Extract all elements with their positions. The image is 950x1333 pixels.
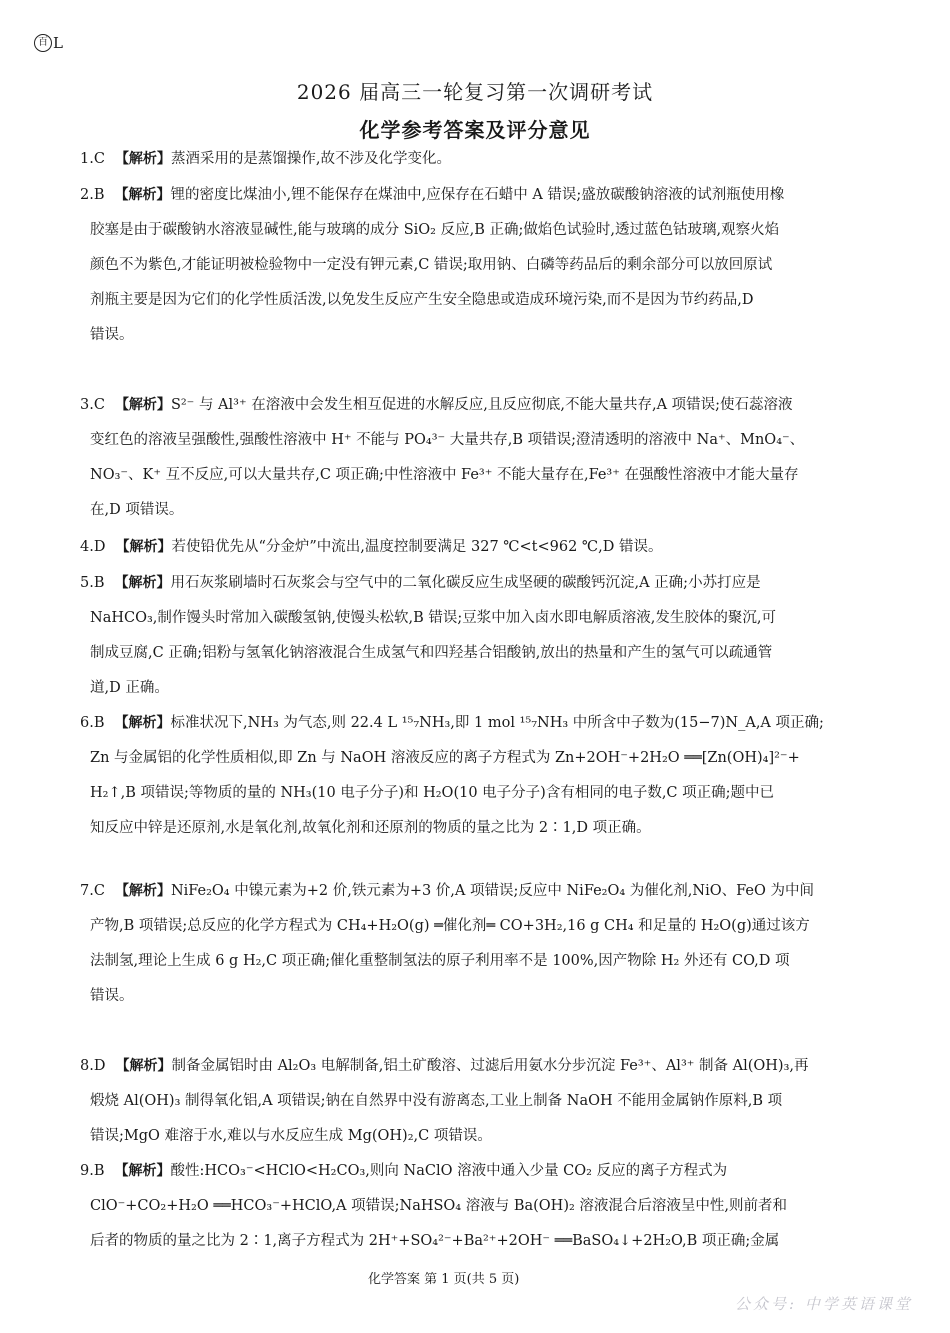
- question-number: 7.C: [80, 883, 105, 899]
- answer-text: NiFe₂O₄ 中镍元素为+2 价,铁元素为+3 价,A 项错误;反应中 NiF…: [171, 883, 814, 899]
- question-number: 9.B: [80, 1163, 105, 1179]
- analysis-tag: 【解析】: [115, 539, 171, 555]
- answer-text: 错误。: [90, 327, 134, 343]
- answer-line: 道,D 正确。: [80, 671, 875, 706]
- answer-text: 剂瓶主要是因为它们的化学性质活泼,以免发生反应产生安全隐患或造成环境污染,而不是…: [90, 292, 753, 308]
- answer-line: 7.C【解析】NiFe₂O₄ 中镍元素为+2 价,铁元素为+3 价,A 项错误;…: [80, 874, 875, 909]
- question-number: 1.C: [80, 151, 105, 167]
- answer-line: 2.B【解析】锂的密度比煤油小,锂不能保存在煤油中,应保存在石蜡中 A 错误;盛…: [80, 178, 875, 213]
- answer-text: 酸性:HCO₃⁻<HClO<H₂CO₃,则向 NaClO 溶液中通入少量 CO₂…: [171, 1163, 728, 1179]
- answer-text: 煅烧 Al(OH)₃ 制得氧化铝,A 项错误;钠在自然界中没有游离态,工业上制备…: [90, 1093, 782, 1109]
- answer-line: 制成豆腐,C 正确;铝粉与氢氧化钠溶液混合生成氢气和四羟基合铝酸钠,放出的热量和…: [80, 636, 875, 671]
- answer-line: 错误;MgO 难溶于水,难以与水反应生成 Mg(OH)₂,C 项错误。: [80, 1119, 875, 1154]
- answer-line: NO₃⁻、K⁺ 互不反应,可以大量共存,C 项正确;中性溶液中 Fe³⁺ 不能大…: [80, 458, 875, 493]
- answer-text: NaHCO₃,制作馒头时常加入碳酸氢钠,使馒头松软,B 错误;豆浆中加入卤水即电…: [90, 610, 776, 626]
- question-number: 6.B: [80, 715, 105, 731]
- answer-item: 2.B【解析】锂的密度比煤油小,锂不能保存在煤油中,应保存在石蜡中 A 错误;盛…: [80, 178, 875, 353]
- analysis-tag: 【解析】: [115, 1163, 171, 1179]
- answer-line: 剂瓶主要是因为它们的化学性质活泼,以免发生反应产生安全隐患或造成环境污染,而不是…: [80, 283, 875, 318]
- answer-text: NO₃⁻、K⁺ 互不反应,可以大量共存,C 项正确;中性溶液中 Fe³⁺ 不能大…: [90, 467, 799, 483]
- answer-text: 知反应中锌是还原剂,水是氧化剂,故氧化剂和还原剂的物质的量之比为 2∶1,D 项…: [90, 820, 651, 836]
- answer-line: 在,D 项错误。: [80, 493, 875, 528]
- answer-line: 法制氢,理论上生成 6 g H₂,C 项正确;催化重整制氢法的原子利用率不是 1…: [80, 944, 875, 979]
- analysis-tag: 【解析】: [115, 715, 171, 731]
- question-number: 8.D: [80, 1058, 105, 1074]
- answer-text: 颜色不为紫色,才能证明被检验物中一定没有钾元素,C 错误;取用钠、白磷等药品后的…: [90, 257, 772, 273]
- answer-line: 1.C【解析】蒸酒采用的是蒸馏操作,故不涉及化学变化。: [80, 142, 875, 177]
- answer-line: 错误。: [80, 318, 875, 353]
- answer-text: ClO⁻+CO₂+H₂O ══HCO₃⁻+HClO,A 项错误;NaHSO₄ 溶…: [90, 1198, 787, 1214]
- answer-line: 后者的物质的量之比为 2∶1,离子方程式为 2H⁺+SO₄²⁻+Ba²⁺+2OH…: [80, 1224, 875, 1259]
- answer-line: H₂↑,B 项错误;等物质的量的 NH₃(10 电子分子)和 H₂O(10 电子…: [80, 776, 875, 811]
- answer-text: 在,D 项错误。: [90, 502, 183, 518]
- analysis-tag: 【解析】: [115, 575, 171, 591]
- answer-line: 产物,B 项错误;总反应的化学方程式为 CH₄+H₂O(g) ═催化剂═ CO+…: [80, 909, 875, 944]
- corner-letter: L: [53, 34, 63, 52]
- question-number: 5.B: [80, 575, 105, 591]
- answer-line: 变红色的溶液呈强酸性,强酸性溶液中 H⁺ 不能与 PO₄³⁻ 大量共存,B 项错…: [80, 423, 875, 458]
- answer-text: 用石灰浆刷墙时石灰浆会与空气中的二氧化碳反应生成坚硬的碳酸钙沉淀,A 正确;小苏…: [171, 575, 761, 591]
- answer-text: 法制氢,理论上生成 6 g H₂,C 项正确;催化重整制氢法的原子利用率不是 1…: [90, 953, 790, 969]
- page-footer: 化学答案 第 1 页(共 5 页): [368, 1268, 519, 1287]
- answer-text: 若使铅优先从“分金炉”中流出,温度控制要满足 327 ℃<t<962 ℃,D 错…: [171, 539, 662, 555]
- answer-line: ClO⁻+CO₂+H₂O ══HCO₃⁻+HClO,A 项错误;NaHSO₄ 溶…: [80, 1189, 875, 1224]
- answer-text: 制成豆腐,C 正确;铝粉与氢氧化钠溶液混合生成氢气和四羟基合铝酸钠,放出的热量和…: [90, 645, 772, 661]
- answer-line: 6.B【解析】标准状况下,NH₃ 为气态,则 22.4 L ¹⁵₇NH₃,即 1…: [80, 706, 875, 741]
- analysis-tag: 【解析】: [115, 187, 171, 203]
- answer-line: 错误。: [80, 979, 875, 1014]
- analysis-tag: 【解析】: [115, 1058, 171, 1074]
- answer-line: 胶塞是由于碳酸钠水溶液显碱性,能与玻璃的成分 SiO₂ 反应,B 正确;做焰色试…: [80, 213, 875, 248]
- answer-item: 7.C【解析】NiFe₂O₄ 中镍元素为+2 价,铁元素为+3 价,A 项错误;…: [80, 874, 875, 1014]
- exam-title: 2026 届高三一轮复习第一次调研考试: [0, 76, 950, 105]
- question-number: 3.C: [80, 397, 105, 413]
- answer-text: 胶塞是由于碳酸钠水溶液显碱性,能与玻璃的成分 SiO₂ 反应,B 正确;做焰色试…: [90, 222, 779, 238]
- answer-item: 1.C【解析】蒸酒采用的是蒸馏操作,故不涉及化学变化。: [80, 142, 875, 177]
- answer-text: S²⁻ 与 Al³⁺ 在溶液中会发生相互促进的水解反应,且反应彻底,不能大量共存…: [171, 397, 793, 413]
- answer-text: 产物,B 项错误;总反应的化学方程式为 CH₄+H₂O(g) ═催化剂═ CO+…: [90, 918, 810, 934]
- answer-text: 错误;MgO 难溶于水,难以与水反应生成 Mg(OH)₂,C 项错误。: [90, 1128, 492, 1144]
- answer-line: Zn 与金属铝的化学性质相似,即 Zn 与 NaOH 溶液反应的离子方程式为 Z…: [80, 741, 875, 776]
- answer-line: 5.B【解析】用石灰浆刷墙时石灰浆会与空气中的二氧化碳反应生成坚硬的碳酸钙沉淀,…: [80, 566, 875, 601]
- answer-text: 锂的密度比煤油小,锂不能保存在煤油中,应保存在石蜡中 A 错误;盛放碳酸钠溶液的…: [171, 187, 785, 203]
- answer-item: 4.D【解析】若使铅优先从“分金炉”中流出,温度控制要满足 327 ℃<t<96…: [80, 530, 875, 565]
- answer-item: 5.B【解析】用石灰浆刷墙时石灰浆会与空气中的二氧化碳反应生成坚硬的碳酸钙沉淀,…: [80, 566, 875, 706]
- answer-text: 错误。: [90, 988, 134, 1004]
- document-title: 化学参考答案及评分意见: [0, 114, 950, 143]
- answer-text: 制备金属铝时由 Al₂O₃ 电解制备,铝土矿酸溶、过滤后用氨水分步沉淀 Fe³⁺…: [171, 1058, 808, 1074]
- answer-text: H₂↑,B 项错误;等物质的量的 NH₃(10 电子分子)和 H₂O(10 电子…: [90, 785, 774, 801]
- corner-mark: 百 L: [34, 34, 63, 52]
- answer-text: 道,D 正确。: [90, 680, 169, 696]
- answer-line: 4.D【解析】若使铅优先从“分金炉”中流出,温度控制要满足 327 ℃<t<96…: [80, 530, 875, 565]
- analysis-tag: 【解析】: [115, 151, 171, 167]
- question-number: 2.B: [80, 187, 105, 203]
- answer-text: Zn 与金属铝的化学性质相似,即 Zn 与 NaOH 溶液反应的离子方程式为 Z…: [90, 750, 800, 766]
- answer-text: 蒸酒采用的是蒸馏操作,故不涉及化学变化。: [171, 151, 451, 167]
- answer-text: 变红色的溶液呈强酸性,强酸性溶液中 H⁺ 不能与 PO₄³⁻ 大量共存,B 项错…: [90, 432, 804, 448]
- answer-text: 后者的物质的量之比为 2∶1,离子方程式为 2H⁺+SO₄²⁻+Ba²⁺+2OH…: [90, 1233, 779, 1249]
- circled-char: 百: [34, 34, 52, 52]
- answer-text: 标准状况下,NH₃ 为气态,则 22.4 L ¹⁵₇NH₃,即 1 mol ¹⁵…: [171, 715, 824, 731]
- answer-item: 3.C【解析】S²⁻ 与 Al³⁺ 在溶液中会发生相互促进的水解反应,且反应彻底…: [80, 388, 875, 528]
- answer-line: 颜色不为紫色,才能证明被检验物中一定没有钾元素,C 错误;取用钠、白磷等药品后的…: [80, 248, 875, 283]
- answer-line: 知反应中锌是还原剂,水是氧化剂,故氧化剂和还原剂的物质的量之比为 2∶1,D 项…: [80, 811, 875, 846]
- answer-item: 8.D【解析】制备金属铝时由 Al₂O₃ 电解制备,铝土矿酸溶、过滤后用氨水分步…: [80, 1049, 875, 1154]
- answer-line: NaHCO₃,制作馒头时常加入碳酸氢钠,使馒头松软,B 错误;豆浆中加入卤水即电…: [80, 601, 875, 636]
- watermark: 公众号: 中学英语课堂: [735, 1293, 913, 1314]
- answer-line: 煅烧 Al(OH)₃ 制得氧化铝,A 项错误;钠在自然界中没有游离态,工业上制备…: [80, 1084, 875, 1119]
- analysis-tag: 【解析】: [115, 883, 171, 899]
- answer-item: 9.B【解析】酸性:HCO₃⁻<HClO<H₂CO₃,则向 NaClO 溶液中通…: [80, 1154, 875, 1259]
- answer-line: 3.C【解析】S²⁻ 与 Al³⁺ 在溶液中会发生相互促进的水解反应,且反应彻底…: [80, 388, 875, 423]
- answer-line: 8.D【解析】制备金属铝时由 Al₂O₃ 电解制备,铝土矿酸溶、过滤后用氨水分步…: [80, 1049, 875, 1084]
- analysis-tag: 【解析】: [115, 397, 171, 413]
- answer-line: 9.B【解析】酸性:HCO₃⁻<HClO<H₂CO₃,则向 NaClO 溶液中通…: [80, 1154, 875, 1189]
- question-number: 4.D: [80, 539, 105, 555]
- answer-item: 6.B【解析】标准状况下,NH₃ 为气态,则 22.4 L ¹⁵₇NH₃,即 1…: [80, 706, 875, 846]
